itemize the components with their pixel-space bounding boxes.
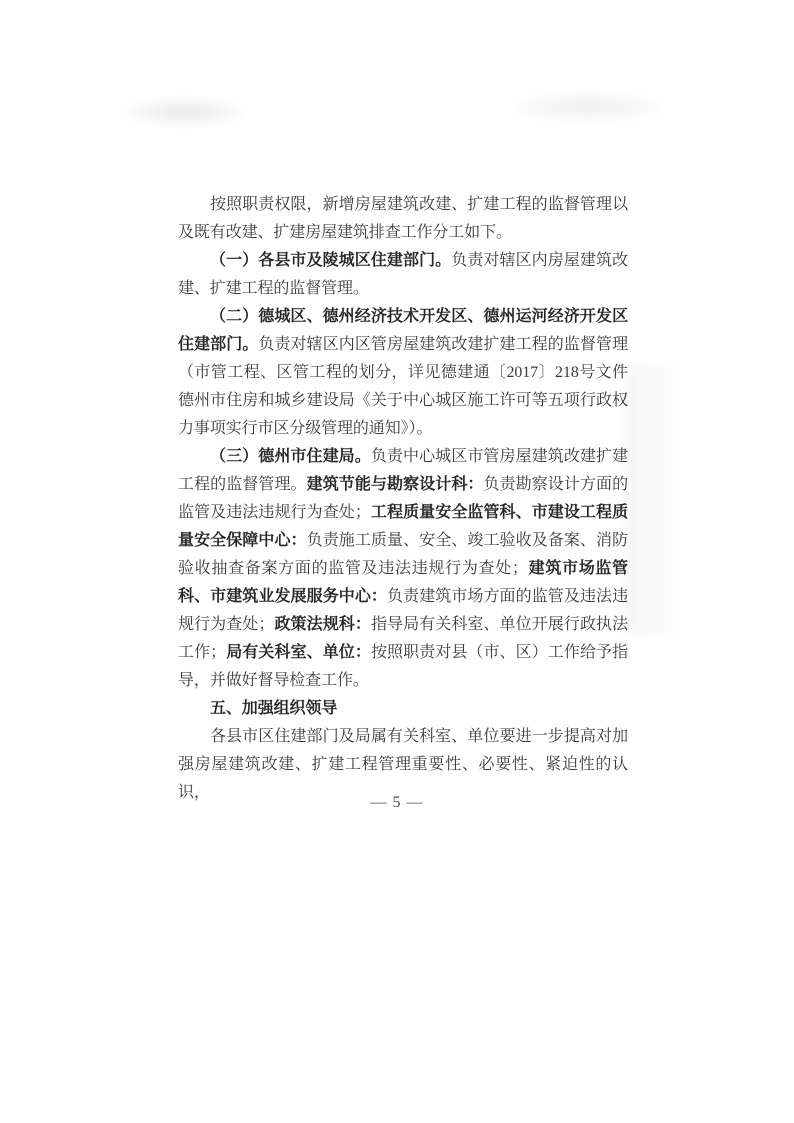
- scanned-document-page: 按照职责权限，新增房屋建筑改建、扩建工程的监督管理以及既有改建、扩建房屋建筑排查…: [0, 0, 794, 1123]
- emphasized-text-segment: 政策法规科：: [274, 616, 371, 633]
- emphasized-text-segment: 建筑节能与勘察设计科：: [307, 476, 484, 493]
- paragraph: 按照职责权限，新增房屋建筑改建、扩建工程的监督管理以及既有改建、扩建房屋建筑排查…: [178, 191, 628, 247]
- emphasized-text-segment: （三）德州市住建局。: [210, 448, 371, 465]
- paragraph: （三）德州市住建局。负责中心城区市管房屋建筑改建扩建工程的监督管理。建筑节能与勘…: [178, 443, 628, 695]
- scan-artifact-top-right: [512, 92, 662, 122]
- text-segment: 按照职责权限，新增房屋建筑改建、扩建工程的监督管理以及既有改建、扩建房屋建筑排查…: [178, 196, 628, 241]
- page-number: — 5 —: [0, 793, 794, 813]
- emphasized-text-segment: 局有关科室、单位：: [226, 644, 371, 661]
- paragraph: （二）德城区、德州经济技术开发区、德州运河经济开发区住建部门。负责对辖区内区管房…: [178, 303, 628, 443]
- scan-artifact-right-band: [626, 366, 674, 634]
- text-segment: 各县市区住建部门及局属有关科室、单位要进一步提高对加强房屋建筑改建、扩建工程管理…: [178, 728, 628, 801]
- emphasized-text-segment: 五、加强组织领导: [210, 700, 337, 717]
- document-body: 按照职责权限，新增房屋建筑改建、扩建工程的监督管理以及既有改建、扩建房屋建筑排查…: [178, 191, 628, 807]
- section-heading: 五、加强组织领导: [178, 695, 628, 723]
- emphasized-text-segment: （一）各县市及陵城区住建部门。: [210, 252, 451, 269]
- paragraph: （一）各县市及陵城区住建部门。负责对辖区内房屋建筑改建、扩建工程的监督管理。: [178, 247, 628, 303]
- scan-artifact-top-left: [125, 98, 245, 126]
